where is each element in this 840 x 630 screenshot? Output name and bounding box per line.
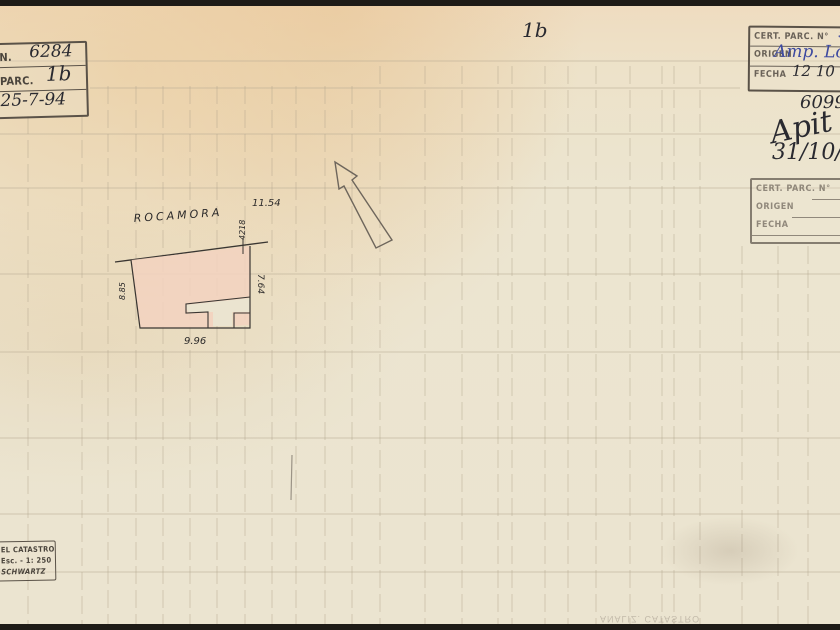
rear-side-label: 9.96 xyxy=(184,336,206,347)
north-arrow-icon xyxy=(335,162,392,248)
right-side-label: 7.64 xyxy=(255,274,265,294)
street-frontage-label: 11.54 xyxy=(252,198,281,209)
left-side-label: 8.85 xyxy=(118,282,127,300)
pencil-mark xyxy=(291,455,292,500)
corner-distance-label: 4218 xyxy=(238,220,247,240)
street-name-label: ROCAMORA xyxy=(133,206,223,225)
parcel-drawing: ROCAMORA 11.54 4218 8.85 7.64 9.96 xyxy=(0,0,840,630)
parcel-area xyxy=(131,246,250,328)
